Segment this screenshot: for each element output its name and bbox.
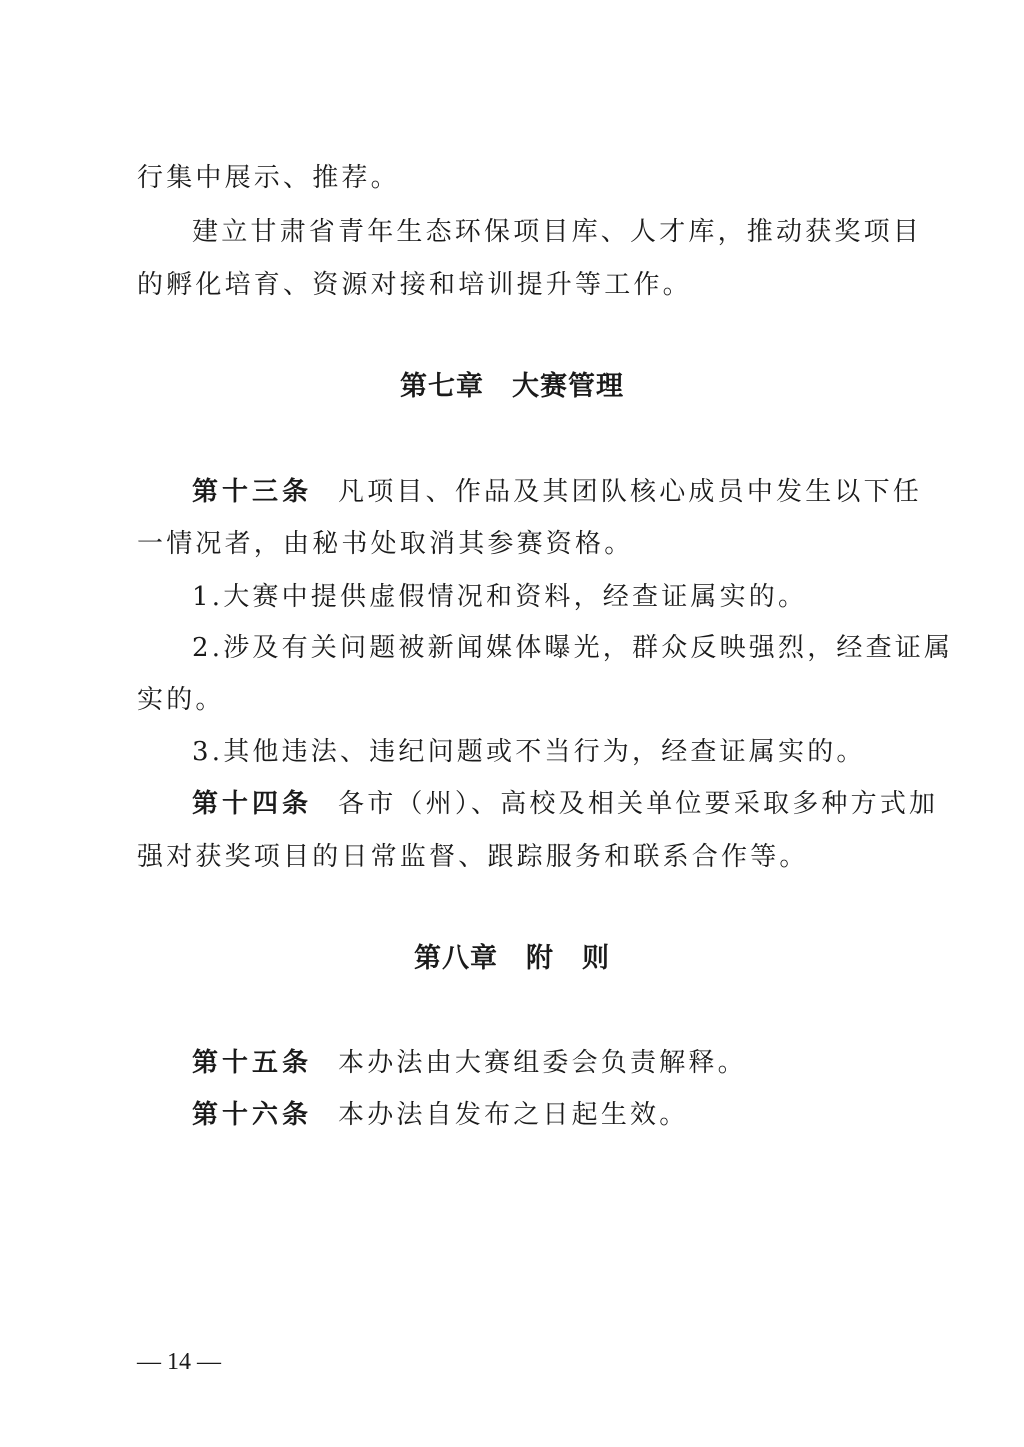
chapter-7-heading: 第七章 大赛管理 <box>0 367 1024 407</box>
article-16-line: 第十六条本办法自发布之日起生效。 <box>192 1095 688 1135</box>
article-13-line-1: 第十三条凡项目、作品及其团队核心成员中发生以下任 <box>192 472 922 512</box>
paragraph-library-line-1: 建立甘肃省青年生态环保项目库、人才库，推动获奖项目 <box>192 212 922 252</box>
article-15-line: 第十五条本办法由大赛组委会负责解释。 <box>192 1043 747 1083</box>
article-14-label: 第十四条 <box>192 789 312 819</box>
article-13-label: 第十三条 <box>192 477 312 507</box>
continuation-line: 行集中展示、推荐。 <box>137 158 400 198</box>
article-13-text-1: 凡项目、作品及其团队核心成员中发生以下任 <box>338 477 922 507</box>
article-14-line-2: 强对获奖项目的日常监督、跟踪服务和联系合作等。 <box>137 837 809 877</box>
chapter-8-heading: 第八章 附 则 <box>0 939 1024 979</box>
page-number: — 14 — <box>137 1346 221 1378</box>
article-14-line-1: 第十四条各市（州）、高校及相关单位要采取多种方式加 <box>192 784 938 824</box>
article-13-item-1: 1.大赛中提供虚假情况和资料，经查证属实的。 <box>192 577 807 617</box>
article-13-item-2-cont: 实的。 <box>137 680 225 720</box>
article-13-item-2: 2.涉及有关问题被新闻媒体曝光，群众反映强烈，经查证属 <box>192 628 953 668</box>
article-14-text-1: 各市（州）、高校及相关单位要采取多种方式加 <box>338 789 938 819</box>
article-13-item-3: 3.其他违法、违纪问题或不当行为，经查证属实的。 <box>192 732 866 772</box>
article-16-text: 本办法自发布之日起生效。 <box>338 1100 688 1130</box>
article-15-text: 本办法由大赛组委会负责解释。 <box>338 1048 747 1078</box>
article-13-line-2: 一情况者，由秘书处取消其参赛资格。 <box>137 524 633 564</box>
article-16-label: 第十六条 <box>192 1100 312 1130</box>
paragraph-library-line-2: 的孵化培育、资源对接和培训提升等工作。 <box>137 265 692 305</box>
article-15-label: 第十五条 <box>192 1048 312 1078</box>
